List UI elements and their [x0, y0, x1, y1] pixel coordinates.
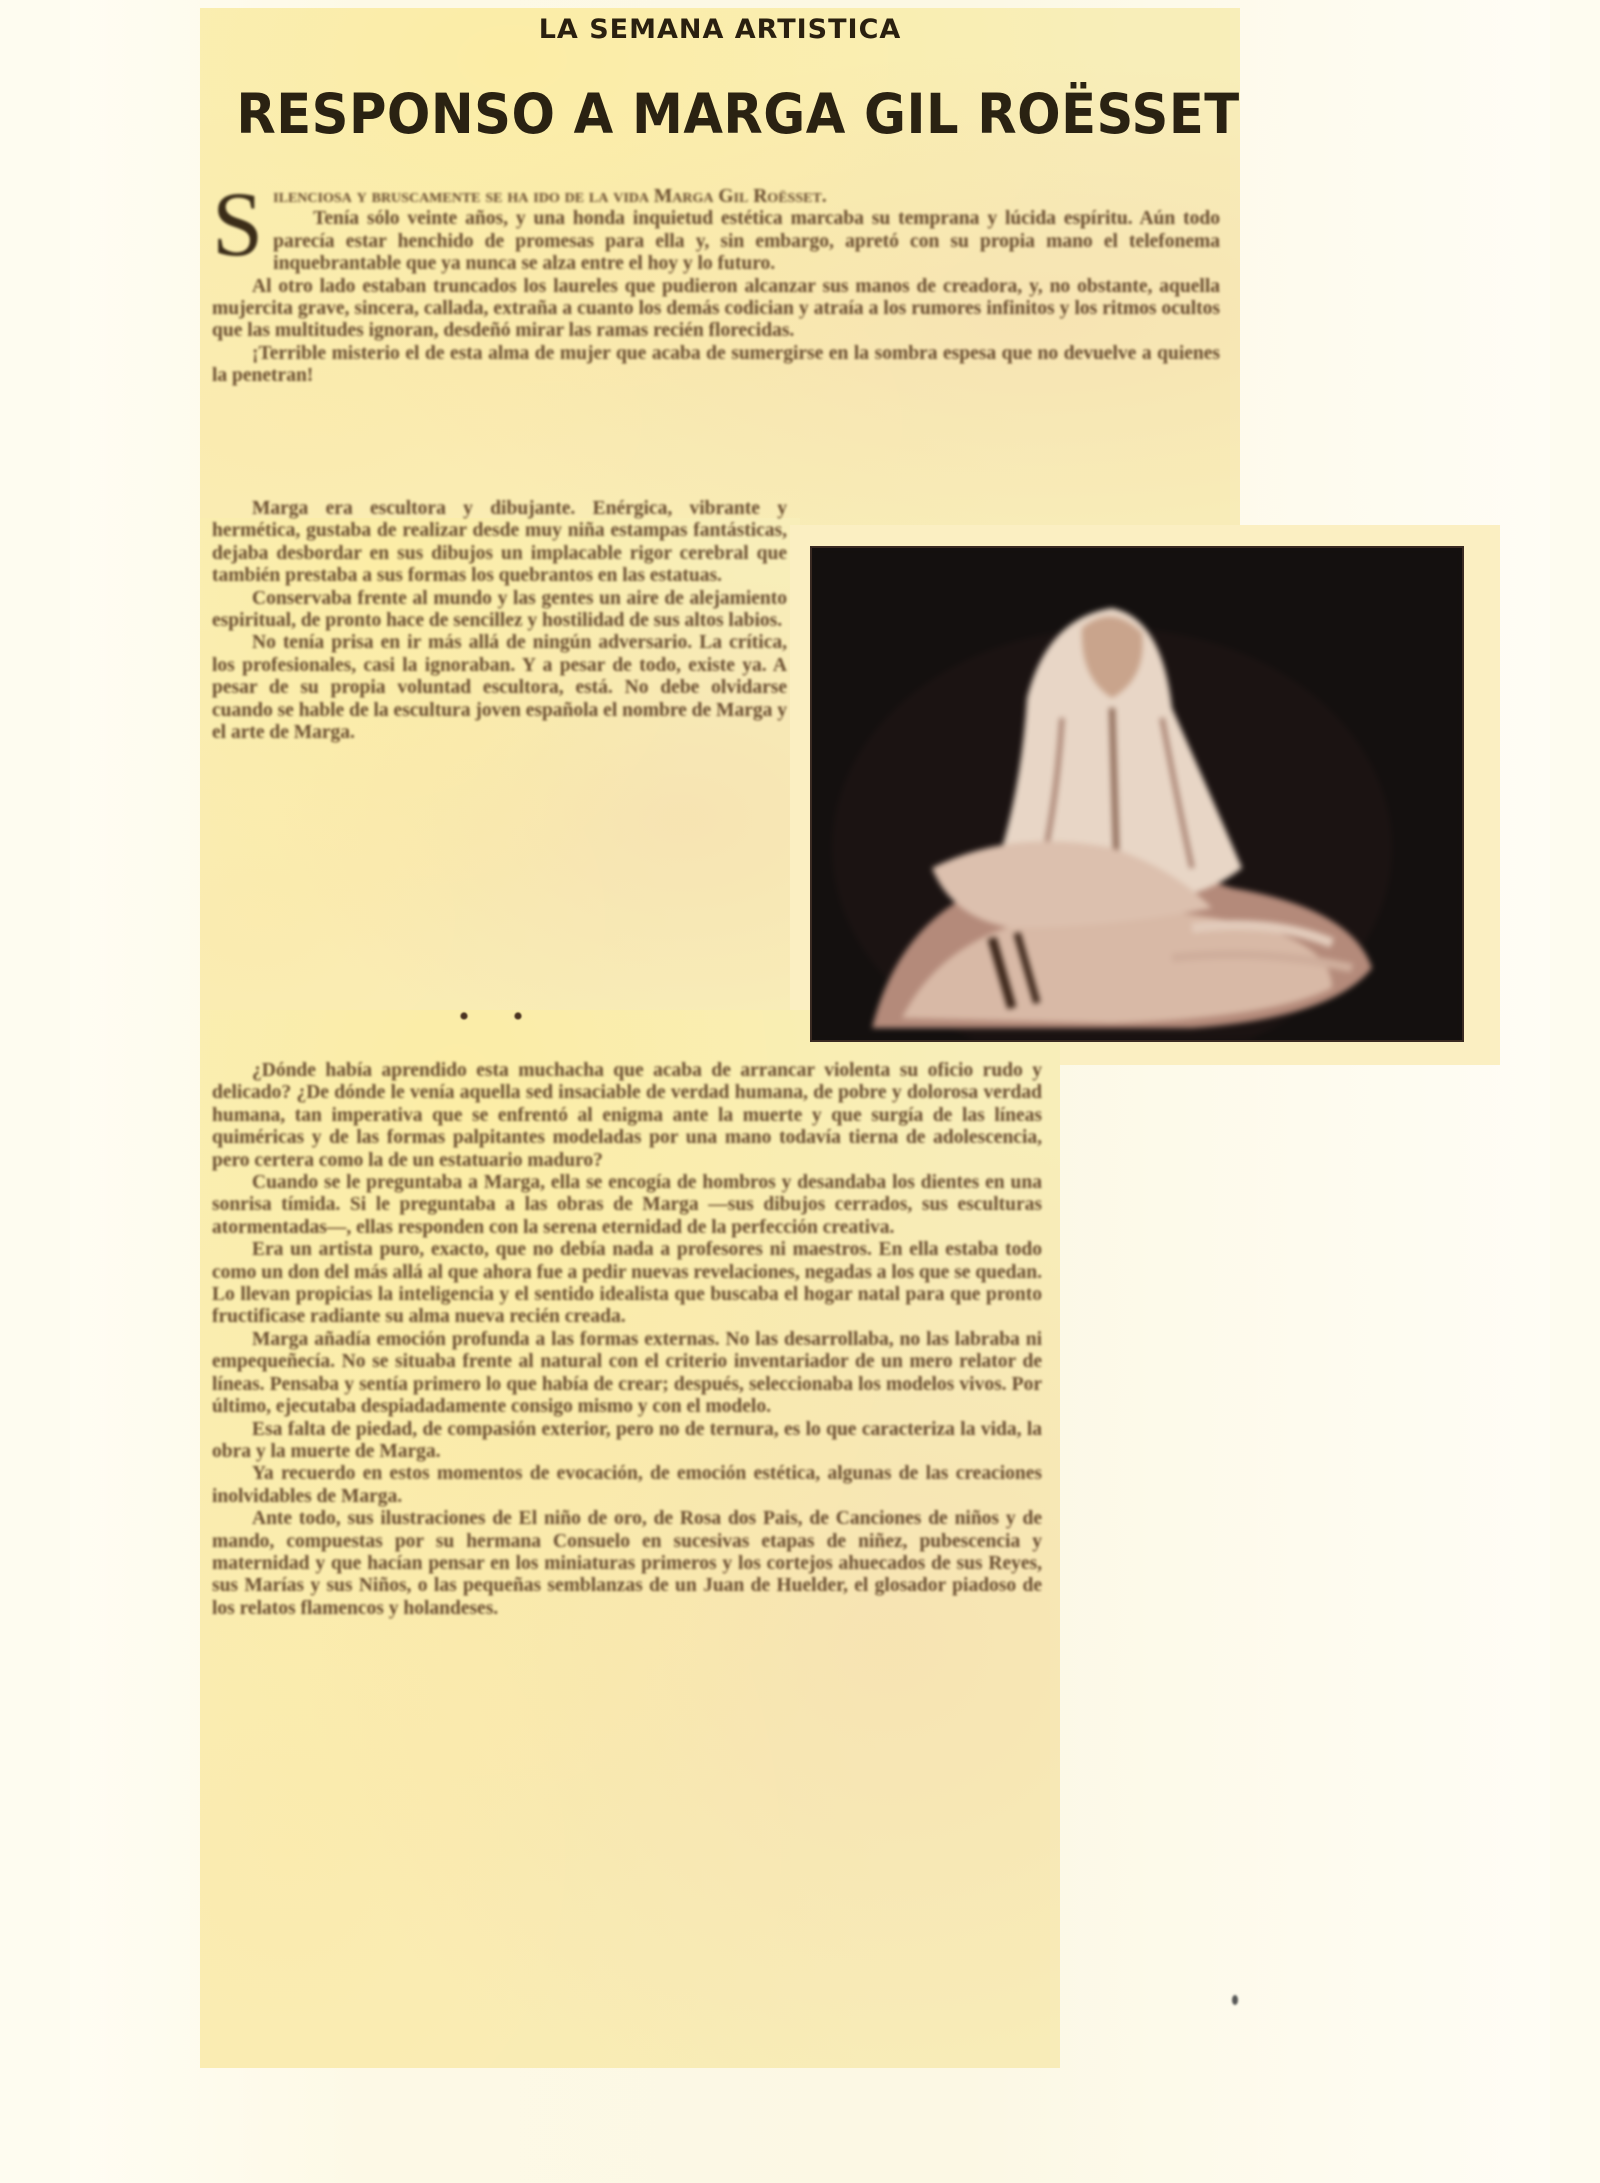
section-label: LA SEMANA ARTISTICA	[200, 14, 1240, 45]
sculpture-photo	[812, 548, 1462, 1040]
paragraph: No tenía prisa en ir más allá de ningún …	[212, 632, 787, 744]
first-paragraph: Silenciosa y bruscamente se ha ido de la…	[212, 186, 1220, 208]
paragraph: ¡Terrible misterio el de esta alma de mu…	[212, 343, 1220, 388]
section-separator: • •	[440, 1000, 560, 1034]
paragraph: Marga era escultora y dibujante. Enérgic…	[212, 498, 787, 588]
paragraph: Cuando se le preguntaba a Marga, ella se…	[212, 1172, 1042, 1239]
paragraph: Tenía sólo veinte años, y una honda inqu…	[212, 208, 1220, 275]
paragraph: Conservaba frente al mundo y las gentes …	[212, 588, 787, 633]
article-body-intro: Silenciosa y bruscamente se ha ido de la…	[212, 186, 1220, 388]
drop-cap: S	[212, 188, 263, 260]
headline: RESPONSO A MARGA GIL ROËSSET	[236, 82, 1203, 146]
paragraph: Marga añadía emoción profunda a las form…	[212, 1329, 1042, 1419]
paper-speck	[1232, 1995, 1238, 2005]
paragraph: Esa falta de piedad, de compasión exteri…	[212, 1419, 1042, 1464]
paragraph: Al otro lado estaban truncados los laure…	[212, 276, 1220, 343]
paragraph: Ante todo, sus ilustraciones de El niño …	[212, 1508, 1042, 1620]
paragraph: Era un artista puro, exacto, que no debí…	[212, 1239, 1042, 1329]
paragraph: ¿Dónde había aprendido esta muchacha que…	[212, 1060, 1042, 1172]
paragraph: Ya recuerdo en estos momentos de evocaci…	[212, 1463, 1042, 1508]
article-body-column: Marga era escultora y dibujante. Enérgic…	[212, 498, 787, 744]
article-body-lower: ¿Dónde había aprendido esta muchacha que…	[212, 1060, 1042, 1620]
sculpture-image	[812, 548, 1462, 1040]
